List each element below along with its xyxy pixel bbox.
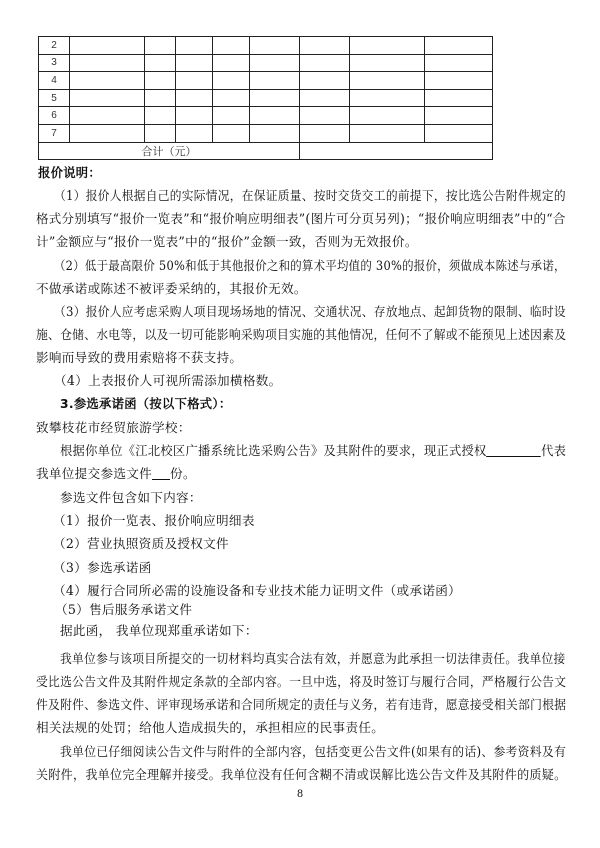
- table-cell[interactable]: [350, 107, 425, 125]
- pledge-1-line-3: 件及附件、参选文件、评审现场承诺和合同所规定的责任与义务，若有违背，愿意接受相关…: [36, 697, 566, 713]
- table-cell[interactable]: [300, 107, 350, 125]
- note-1-line-1: （1）报价人根据自己的实际情况，在保证质量、按时交货交工的前提下，按比选公告附件…: [54, 188, 566, 204]
- table-cell[interactable]: [70, 89, 145, 107]
- table-cell[interactable]: [145, 54, 176, 72]
- page-number: 8: [0, 789, 600, 800]
- row-number: 6: [39, 107, 70, 125]
- representative-blank[interactable]: [487, 444, 541, 457]
- table-cell[interactable]: [213, 54, 250, 72]
- row-number: 3: [39, 54, 70, 72]
- table-cell[interactable]: [70, 54, 145, 72]
- note-3-line-1: （3）报价人应考虑采购人项目现场场地的情况、交通状况、存放地点、起卸货物的限制、…: [54, 304, 566, 320]
- table-cell[interactable]: [70, 124, 145, 142]
- table-cell[interactable]: [70, 72, 145, 90]
- row-number: 7: [39, 124, 70, 142]
- table-cell[interactable]: [350, 72, 425, 90]
- pledge-intro: 据此函， 我单位现郑重承诺如下：: [60, 623, 258, 639]
- pledge-2-line-2: 关附件，我单位完全理解并接受。我单位没有任何含糊不清或误解比选公告文件及其附件的…: [36, 767, 566, 783]
- table-cell[interactable]: [300, 37, 350, 55]
- pledge-1-line-4: 相关法规的处罚；给他人造成损失的，承担相应的民事责任。: [36, 720, 384, 736]
- table-cell[interactable]: [145, 37, 176, 55]
- authorization-text-2: 代表: [541, 443, 566, 458]
- table-cell[interactable]: [213, 107, 250, 125]
- table-cell[interactable]: [213, 37, 250, 55]
- contents-item-2: （2）营业执照资质及授权文件: [53, 536, 229, 552]
- note-2-line-1: （2）低于最高限价 50%和低于其他报价之和的算术平均值的 30%的报价，须做成…: [54, 258, 566, 274]
- note-3-line-3: 影响而导致的费用索赔将不获支持。: [36, 350, 242, 366]
- contents-item-5: （5）售后服务承诺文件: [55, 602, 192, 618]
- table-cell[interactable]: [350, 54, 425, 72]
- note-1-line-3: 计”金额应与“报价一览表”中的“报价”金额一致，否则为无效报价。: [36, 234, 418, 250]
- table-cell[interactable]: [145, 107, 176, 125]
- table-cell[interactable]: [250, 54, 300, 72]
- total-value-cell[interactable]: [300, 142, 493, 160]
- table-cell[interactable]: [250, 72, 300, 90]
- table-cell[interactable]: [350, 89, 425, 107]
- authorization-text-1: 根据你单位《江北校区广播系统比选采购公告》及其附件的要求，现正式授权: [60, 443, 487, 458]
- table-cell[interactable]: [176, 37, 213, 55]
- table-cell[interactable]: [213, 124, 250, 142]
- table-cell[interactable]: [176, 89, 213, 107]
- table-cell[interactable]: [350, 37, 425, 55]
- table-row: 7: [39, 124, 493, 142]
- table-cell[interactable]: [300, 124, 350, 142]
- table-cell[interactable]: [350, 124, 425, 142]
- price-response-table: 2 3 4 5 6 7 合计（元）: [38, 36, 493, 160]
- contents-intro: 参选文件包含如下内容：: [60, 490, 202, 506]
- table-cell[interactable]: [176, 72, 213, 90]
- table-row: 4: [39, 72, 493, 90]
- contents-item-3: （3）参选承诺函: [53, 560, 152, 576]
- table-cell[interactable]: [425, 54, 493, 72]
- note-3-line-2: 施、仓储、水电等，以及一切可能影响采购项目实施的其他情况，任何不了解或不能预见上…: [36, 327, 566, 343]
- table-cell[interactable]: [425, 89, 493, 107]
- table-cell[interactable]: [300, 72, 350, 90]
- row-number: 4: [39, 72, 70, 90]
- table-cell[interactable]: [213, 72, 250, 90]
- authorization-line-1: 根据你单位《江北校区广播系统比选采购公告》及其附件的要求，现正式授权代表: [60, 443, 566, 459]
- contents-item-1: （1）报价一览表、报价响应明细表: [53, 513, 255, 529]
- table-row: 6: [39, 107, 493, 125]
- contents-item-4: （4）履行合同所必需的设施设备和专业技术能力证明文件（或承诺函）: [53, 583, 461, 599]
- table-row: 2: [39, 37, 493, 55]
- table-cell[interactable]: [213, 89, 250, 107]
- table-cell[interactable]: [425, 37, 493, 55]
- table-cell[interactable]: [176, 107, 213, 125]
- table-cell[interactable]: [70, 107, 145, 125]
- table-cell[interactable]: [250, 124, 300, 142]
- pledge-1-line-2: 受比选公告文件及其附件规定条款的全部内容。一旦中选，将及时签订与履行合同，严格履…: [36, 674, 566, 690]
- note-4: （4）上表报价人可视所需添加横格数。: [54, 373, 282, 389]
- table-cell[interactable]: [176, 54, 213, 72]
- table-row: 5: [39, 89, 493, 107]
- commitment-letter-heading: 3.参选承诺函（按以下格式）：: [60, 396, 231, 412]
- row-number: 2: [39, 37, 70, 55]
- total-row: 合计（元）: [39, 142, 493, 160]
- note-1-line-2: 格式分别填写“报价一览表”和“报价响应明细表”(图片可分页另列)；“报价响应明细…: [36, 211, 566, 227]
- note-2-line-2: 不做承诺或陈述不被评委采纳的，其报价无效。: [36, 281, 307, 297]
- table-cell[interactable]: [250, 89, 300, 107]
- table-cell[interactable]: [300, 54, 350, 72]
- table-cell[interactable]: [176, 124, 213, 142]
- table-cell[interactable]: [250, 37, 300, 55]
- authorization-line-2: 我单位提交参选文件份。: [36, 466, 196, 482]
- table-cell[interactable]: [70, 37, 145, 55]
- authorization-text-3: 我单位提交参选文件: [36, 466, 152, 481]
- pledge-2-line-1: 我单位已仔细阅读公告文件与附件的全部内容，包括变更公告文件(如果有的话)、参考资…: [60, 744, 566, 760]
- copies-blank[interactable]: [152, 467, 170, 480]
- table-cell[interactable]: [425, 107, 493, 125]
- table-cell[interactable]: [145, 89, 176, 107]
- authorization-text-4: 份。: [170, 466, 196, 481]
- pricing-notes-heading: 报价说明：: [38, 165, 101, 181]
- table-cell[interactable]: [300, 89, 350, 107]
- table-cell[interactable]: [145, 72, 176, 90]
- table-cell[interactable]: [425, 72, 493, 90]
- table-row: 3: [39, 54, 493, 72]
- total-label: 合计（元）: [39, 142, 300, 160]
- addressee: 致攀枝花市经贸旅游学校：: [36, 420, 191, 436]
- pledge-1-line-1: 我单位参与该项目所提交的一切材料均真实合法有效，并愿意为此承担一切法律责任。我单…: [60, 651, 566, 667]
- row-number: 5: [39, 89, 70, 107]
- table-cell[interactable]: [145, 124, 176, 142]
- table-cell[interactable]: [425, 124, 493, 142]
- table-cell[interactable]: [250, 107, 300, 125]
